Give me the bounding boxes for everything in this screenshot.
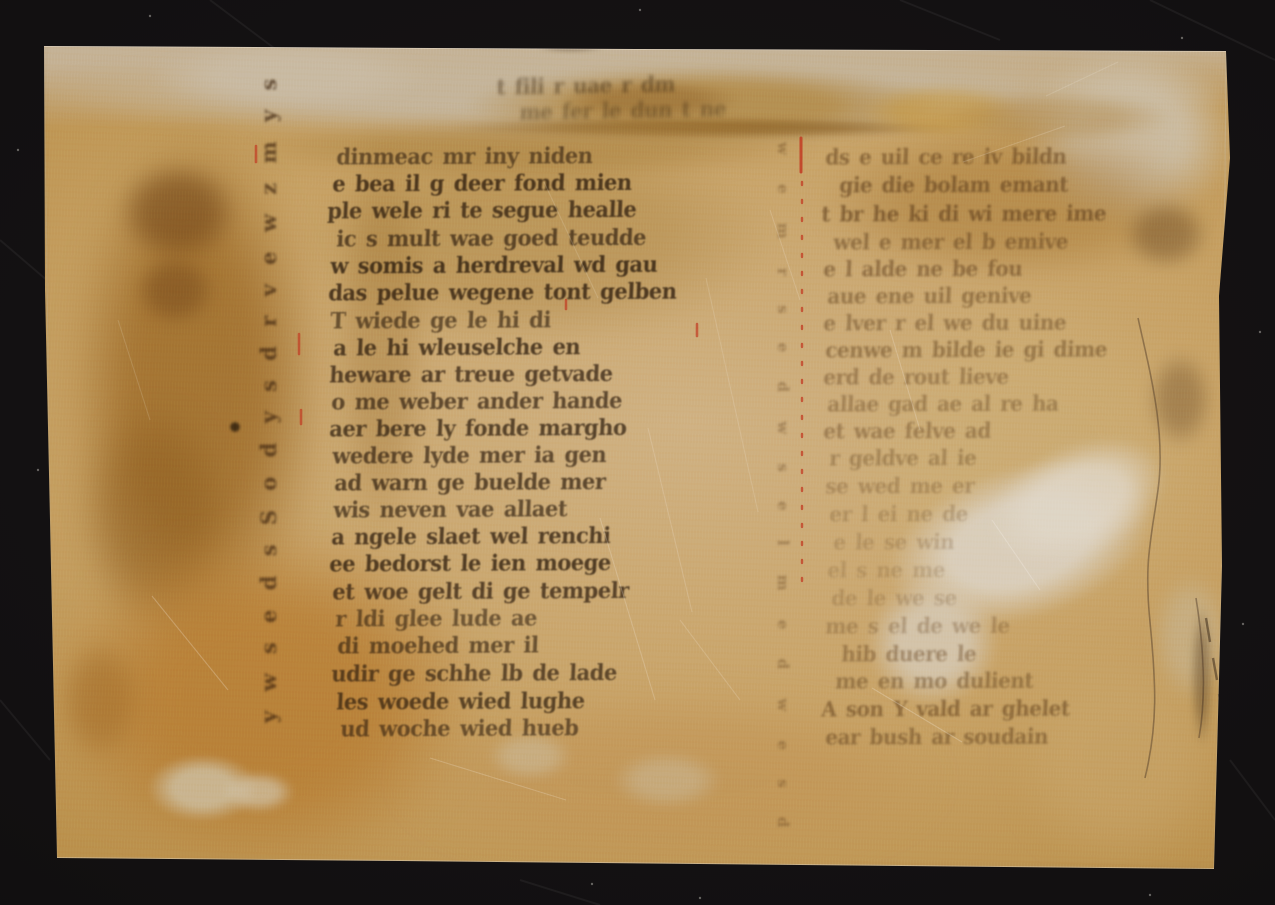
text-line: dinmeac mr iny niden	[336, 142, 593, 170]
scratch-line	[992, 520, 1040, 590]
stain	[1124, 200, 1208, 268]
text-line: e bea il g deer fond mien	[332, 168, 632, 196]
text-line: o me weber ander hande	[331, 386, 623, 414]
stain	[50, 530, 480, 870]
edge-highlight	[44, 46, 1226, 51]
stain	[229, 421, 241, 433]
backdrop-crease-line	[900, 0, 1000, 40]
scratch-line	[648, 428, 692, 612]
text-line: de le we se	[831, 585, 958, 611]
text-line: et woe gelt di ge tempelr	[332, 576, 630, 604]
dust-speck	[37, 469, 39, 471]
stain	[1148, 352, 1212, 447]
text-line: r geldve al ie	[829, 444, 977, 470]
scratch-line	[1046, 62, 1118, 96]
stain	[612, 752, 722, 808]
edge-highlight	[1214, 51, 1226, 869]
stain	[80, 400, 230, 630]
text-line: das pelue wegene tont gelben	[328, 277, 677, 306]
stain	[118, 162, 238, 262]
edge-highlight	[57, 858, 1214, 869]
scratch-line	[706, 278, 758, 512]
text-line: se wed me er	[825, 472, 975, 498]
text-line: e l alde ne be fou	[823, 255, 1023, 281]
stain	[971, 413, 1185, 589]
text-line: les woede wied lughe	[336, 687, 585, 715]
text-line: me s el de we le	[825, 612, 1010, 638]
text-line: heware ar treue getvade	[329, 360, 613, 388]
stain	[860, 572, 1006, 714]
scratch-line	[890, 330, 920, 430]
text-line: el s ne me	[827, 557, 946, 583]
scratch-line	[152, 596, 228, 690]
stain	[40, 42, 1230, 142]
parchment-fragment: t fili r uae r dmme fer le dun t nedinme…	[0, 0, 1275, 905]
stain	[870, 432, 1172, 654]
text-line: ad warn ge buelde mer	[334, 468, 606, 496]
left-margin-glyphs: y w s e d s S o d y s d r v e w z m y s	[256, 148, 281, 723]
stain	[336, 132, 426, 542]
text-line: e lver r el we du uine	[823, 309, 1067, 336]
text-line: w somis a herdreval wd gau	[330, 250, 658, 278]
backdrop-crease-line	[520, 880, 600, 905]
scratch-line	[680, 620, 740, 700]
text-line: r ldi glee lude ae	[335, 604, 538, 632]
right-margin-glyphs: w e m r s e d w s e l m e d w e s d	[774, 142, 792, 732]
stain	[818, 126, 1208, 281]
dust-speck	[1181, 37, 1183, 39]
stain	[150, 40, 430, 110]
dust-speck	[699, 897, 701, 899]
text-line: udir ge schhe lb de lade	[331, 659, 618, 687]
text-line: A son Y vald ar ghelet	[821, 695, 1070, 722]
stain	[455, 118, 960, 138]
stain	[148, 755, 258, 821]
backdrop-crease-line	[0, 700, 50, 760]
scratch-line	[544, 182, 598, 298]
scratch-line	[872, 688, 962, 742]
parchment-edge-shading	[0, 0, 1275, 905]
text-line: ds e uil ce re iv bildn	[825, 143, 1067, 170]
stain	[60, 640, 140, 760]
scratch-line	[118, 320, 150, 420]
parchment-marks-svg	[0, 0, 1275, 905]
text-line: aue ene uil genive	[827, 282, 1032, 308]
text-line: a le hi wleuselche en	[333, 333, 581, 361]
stain	[300, 130, 770, 345]
text-line: ic s mult wae goed teudde	[336, 223, 647, 251]
text-line: wel e mer el b emive	[833, 228, 1069, 255]
stain	[70, 130, 320, 650]
text-line: gie die bolam emant	[839, 171, 1069, 197]
text-line: ple wele ri te segue healle	[327, 195, 637, 223]
dust-speck	[591, 883, 593, 885]
stain	[400, 690, 940, 870]
text-line: er l ei ne de	[829, 501, 969, 527]
text-line: me en mo dulient	[835, 667, 1034, 693]
edge-ink-dashes	[1206, 618, 1223, 714]
text-line: a ngele slaet wel renchi	[331, 522, 611, 550]
text-line: T wiede ge le hi di	[330, 306, 552, 334]
tab-text-line: me fer le dun t ne	[519, 95, 726, 124]
scratch-line	[600, 518, 655, 700]
text-line: cenwe m bilde ie gi dime	[825, 336, 1108, 363]
text-line: wis neven vae allaet	[333, 495, 568, 523]
stain	[222, 772, 294, 812]
stain	[940, 92, 1170, 144]
stain	[135, 255, 215, 325]
text-line: erd de rout lieve	[823, 363, 1009, 389]
edge-highlight	[44, 46, 57, 858]
text-line: ear bush ar soudain	[825, 723, 1049, 749]
text-line: hib duere le	[841, 641, 977, 667]
text-line: ee bedorst le ien moege	[329, 549, 612, 577]
stain	[1152, 572, 1230, 702]
dust-speck	[639, 9, 641, 11]
dust-speck	[1149, 894, 1151, 896]
text-line: aer bere ly fonde margho	[329, 413, 627, 441]
stain	[488, 732, 572, 780]
dust-speck	[149, 15, 151, 17]
scratch-line	[770, 210, 800, 300]
stain	[250, 118, 810, 178]
dust-speck	[17, 149, 19, 151]
stain	[536, 40, 606, 52]
scratch-line	[963, 126, 1065, 162]
text-line: allae gad ae al re ha	[827, 390, 1059, 416]
stain	[1192, 606, 1212, 746]
crease-line	[1196, 598, 1203, 738]
scratch-line	[430, 758, 566, 800]
text-line: t br he ki di wi mere ime	[821, 200, 1107, 227]
crease-line	[1138, 318, 1160, 778]
dust-speck	[1259, 331, 1261, 333]
stain	[830, 290, 1220, 620]
stain	[1010, 640, 1230, 870]
manuscript-photo-stage: t fili r uae r dmme fer le dun t nedinme…	[0, 0, 1275, 905]
backdrop-crease-line	[1230, 760, 1275, 820]
tab-text-line: t fili r uae r dm	[496, 71, 675, 100]
text-line: e le se win	[833, 529, 955, 555]
stain	[468, 66, 943, 146]
stain	[1020, 45, 1235, 225]
dust-speck	[1242, 623, 1244, 625]
text-line: et wae felve ad	[823, 417, 992, 443]
stain	[862, 84, 1022, 138]
stain	[560, 80, 740, 120]
text-line: di moehed mer il	[337, 631, 539, 659]
text-line: wedere lyde mer ia gen	[332, 441, 607, 469]
text-line: ud woche wied hueb	[340, 714, 579, 742]
